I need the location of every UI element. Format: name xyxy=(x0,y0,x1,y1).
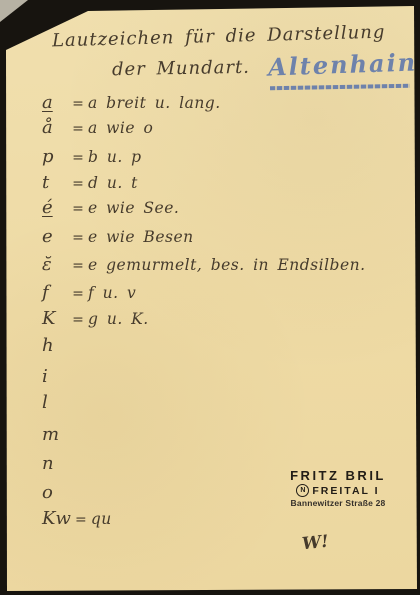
entry-row: o xyxy=(42,482,88,503)
entry-row: n xyxy=(42,453,88,474)
equals-sign: = xyxy=(68,121,88,137)
place-stamp: Altenhain xyxy=(268,47,418,81)
entry-row: l xyxy=(42,392,88,413)
entry-description: e wie See. xyxy=(88,199,179,217)
phonetic-symbol: K xyxy=(42,308,68,329)
phonetic-symbol: ɛ̆ xyxy=(42,254,68,275)
equals-sign: = xyxy=(68,258,88,274)
entry-row: t = d u. t xyxy=(42,172,138,193)
phonetic-symbol: å xyxy=(42,117,68,138)
entry-row: ɛ̆ = e gemurmelt, bes. in Endsilben. xyxy=(42,254,366,275)
handwritten-initials: W! xyxy=(301,532,330,555)
entry-row: p = b u. p xyxy=(42,146,142,167)
entry-row: a = a breit u. lang. xyxy=(42,92,221,113)
equals-sign: = xyxy=(68,230,88,246)
phonetic-symbol: f xyxy=(42,282,68,303)
entry-description: e gemurmelt, bes. in Endsilben. xyxy=(88,256,366,274)
equals-sign: = xyxy=(68,286,88,302)
entry-row: Kw = qu xyxy=(42,508,112,529)
phonetic-symbol: n xyxy=(42,453,68,474)
entry-description: d u. t xyxy=(88,174,138,192)
phonetic-symbol: a xyxy=(42,92,68,113)
entry-description: qu xyxy=(91,510,112,528)
entry-row: h xyxy=(42,335,88,356)
paper-corner-sliver xyxy=(0,0,30,24)
document-paper: Lautzeichen für die Darstellung der Mund… xyxy=(0,0,420,595)
letterhead-street: Bannewitzer Straße 28 xyxy=(278,498,398,508)
letterhead-name: FRITZ BRIL xyxy=(278,468,398,483)
entry-row: K = g u. K. xyxy=(42,308,149,329)
equals-sign: = xyxy=(68,176,88,192)
equals-sign: = xyxy=(68,150,88,166)
entry-description: a breit u. lang. xyxy=(88,94,221,112)
phonetic-symbol: t xyxy=(42,172,68,193)
document-title-line1: Lautzeichen für die Darstellung xyxy=(52,22,386,52)
entry-description: a wie o xyxy=(88,119,153,137)
letterhead-emblem-icon: N xyxy=(296,484,309,497)
entry-description: b u. p xyxy=(88,148,142,166)
phonetic-symbol: Kw xyxy=(42,508,71,529)
equals-sign: = xyxy=(68,96,88,112)
entry-row: å = a wie o xyxy=(42,117,153,138)
phonetic-symbol: é xyxy=(42,197,68,218)
entry-row: e = e wie Besen xyxy=(42,226,194,247)
entry-row: é = e wie See. xyxy=(42,197,179,218)
entry-description: f u. v xyxy=(88,284,136,302)
entry-description: e wie Besen xyxy=(88,228,194,246)
equals-sign: = xyxy=(68,312,88,328)
phonetic-symbol: e xyxy=(42,226,68,247)
entry-row: i xyxy=(42,366,88,387)
phonetic-symbol: m xyxy=(42,424,68,445)
phonetic-symbol: p xyxy=(42,146,68,167)
phonetic-symbol: i xyxy=(42,366,68,387)
phonetic-symbol: h xyxy=(42,335,68,356)
entry-row: m xyxy=(42,424,88,445)
letterhead-city-line: N FREITAL I xyxy=(278,484,398,497)
letterhead-stamp: FRITZ BRIL N FREITAL I Bannewitzer Straß… xyxy=(278,468,398,508)
document-title-line2: der Mundart. xyxy=(112,57,250,80)
equals-sign: = xyxy=(68,201,88,217)
entry-row: f = f u. v xyxy=(42,282,136,303)
phonetic-symbol: l xyxy=(42,392,68,413)
scan-background: Lautzeichen für die Darstellung der Mund… xyxy=(0,0,420,595)
equals-sign: = xyxy=(71,512,91,528)
place-stamp-underline xyxy=(270,84,410,90)
entry-description: g u. K. xyxy=(88,310,149,328)
letterhead-city: FREITAL I xyxy=(312,485,379,497)
phonetic-symbol: o xyxy=(42,482,68,503)
